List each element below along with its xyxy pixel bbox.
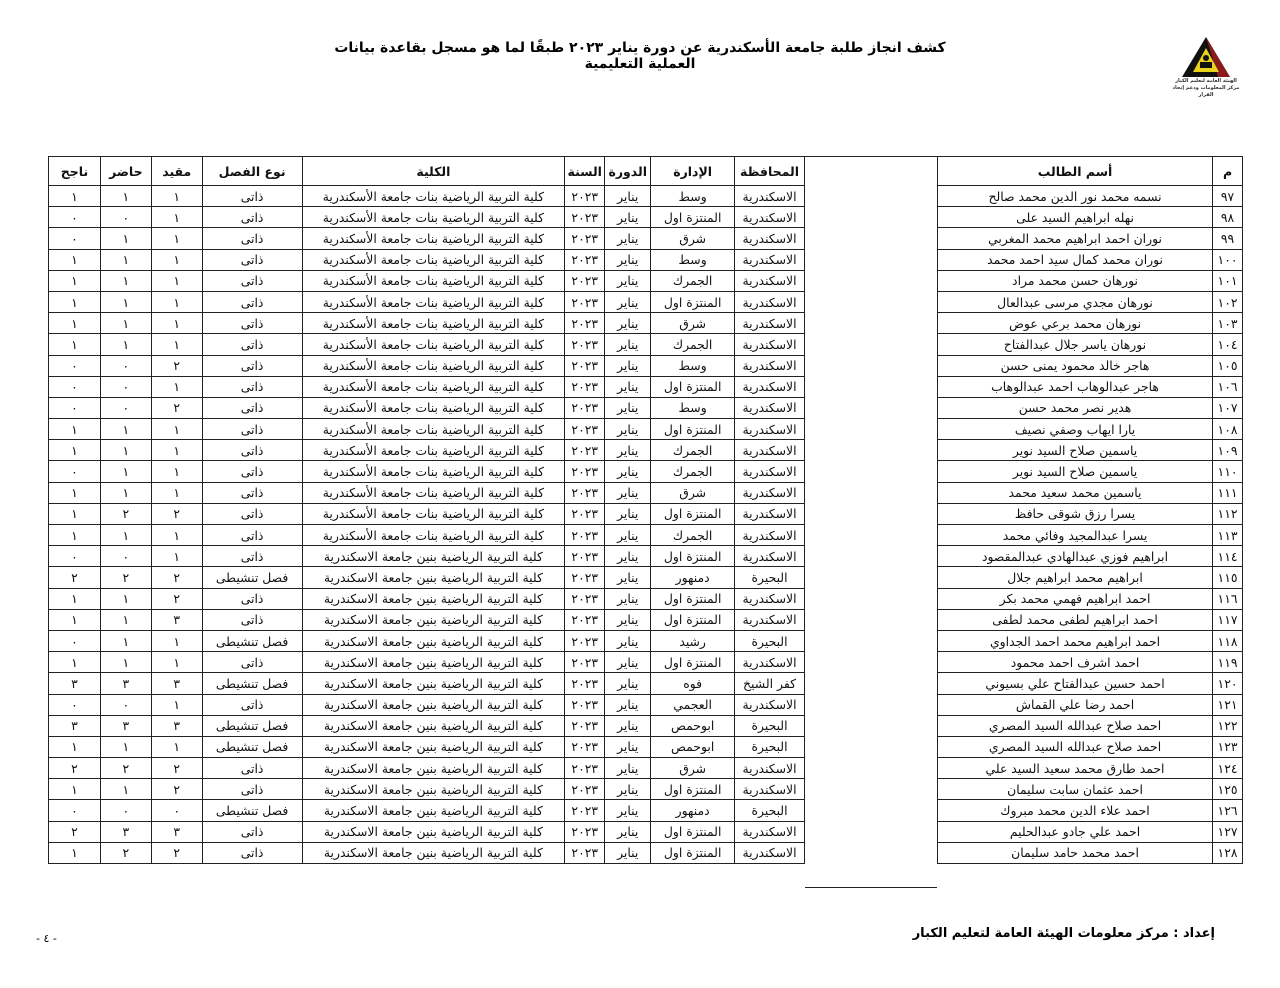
administration: المنتزة اول <box>651 652 735 673</box>
table-row: ١١١ياسمين محمد سعيد محمد <box>938 482 1243 503</box>
year: ٢٠٢٣ <box>565 842 605 863</box>
table-row: ٩٩نوران احمد ابراهيم محمد المغربي <box>938 228 1243 249</box>
attended-count: ٠ <box>100 355 151 376</box>
registered-count: ٣ <box>151 821 202 842</box>
governorate: الاسكندرية <box>735 355 805 376</box>
year: ٢٠٢٣ <box>565 736 605 757</box>
governorate: الاسكندرية <box>735 503 805 524</box>
table-row: الاسكندريةالمنتزة اوليناير٢٠٢٣كلية الترب… <box>49 419 805 440</box>
names-header-row: م أسم الطالب <box>938 157 1243 186</box>
student-name: يسرا رزق شوقى حافظ <box>938 503 1213 524</box>
round: يناير <box>605 440 651 461</box>
passed-count: ٠ <box>49 630 101 651</box>
faculty: كلية التربية الرياضية بنات جامعة الأسكند… <box>302 313 565 334</box>
governorate: الاسكندرية <box>735 440 805 461</box>
administration: المنتزة اول <box>651 779 735 800</box>
table-row: ١٠٥هاجر خالد محمود يمنى حسن <box>938 355 1243 376</box>
administration: شرق <box>651 228 735 249</box>
year: ٢٠٢٣ <box>565 291 605 312</box>
attended-count: ٢ <box>100 758 151 779</box>
passed-count: ٣ <box>49 715 101 736</box>
administration: المنتزة اول <box>651 546 735 567</box>
table-row: ١١٨احمد ابراهيم محمد احمد الجداوي <box>938 630 1243 651</box>
row-number: ١١٩ <box>1213 652 1243 673</box>
table-row: ١٠٠نوران محمد كمال سيد احمد محمد <box>938 249 1243 270</box>
table-row: الاسكندريةالمنتزة اوليناير٢٠٢٣كلية الترب… <box>49 609 805 630</box>
table-row: البحيرةدمنهوريناير٢٠٢٣كلية التربية الريا… <box>49 567 805 588</box>
administration: المنتزة اول <box>651 419 735 440</box>
administration: المنتزة اول <box>651 842 735 863</box>
governorate: الاسكندرية <box>735 207 805 228</box>
governorate: الاسكندرية <box>735 291 805 312</box>
faculty: كلية التربية الرياضية بنات جامعة الأسكند… <box>302 397 565 418</box>
attended-count: ٢ <box>100 567 151 588</box>
table-row: ١١٢يسرا رزق شوقى حافظ <box>938 503 1243 524</box>
round: يناير <box>605 186 651 207</box>
student-name: ابراهيم فوزي عبدالهادي عبدالمقصود <box>938 546 1213 567</box>
attended-count: ٢ <box>100 503 151 524</box>
table-row: ١٠٦هاجر عبدالوهاب احمد عبدالوهاب <box>938 376 1243 397</box>
administration: الجمرك <box>651 334 735 355</box>
registered-count: ١ <box>151 525 202 546</box>
table-row: الاسكندريةوسطيناير٢٠٢٣كلية التربية الريا… <box>49 249 805 270</box>
row-number: ١٢٠ <box>1213 673 1243 694</box>
class-type: ذاتى <box>202 652 302 673</box>
table-row: ١٠٤نورهان ياسر جلال عبدالفتاح <box>938 334 1243 355</box>
registered-count: ٢ <box>151 567 202 588</box>
registered-count: ٢ <box>151 758 202 779</box>
passed-count: ٠ <box>49 546 101 567</box>
round: يناير <box>605 736 651 757</box>
faculty: كلية التربية الرياضية بنات جامعة الأسكند… <box>302 503 565 524</box>
table-row: الاسكندريةالمنتزة اوليناير٢٠٢٣كلية الترب… <box>49 207 805 228</box>
faculty: كلية التربية الرياضية بنين جامعة الاسكند… <box>302 758 565 779</box>
header-num: م <box>1213 157 1243 186</box>
table-row: ١٢٣احمد صلاح عبدالله السيد المصري <box>938 736 1243 757</box>
class-type: فصل تنشيطى <box>202 673 302 694</box>
governorate: كفر الشيخ <box>735 673 805 694</box>
passed-count: ١ <box>49 779 101 800</box>
table-row: ١٢١احمد رضا علي القماش <box>938 694 1243 715</box>
year: ٢٠٢٣ <box>565 609 605 630</box>
registered-count: ١ <box>151 334 202 355</box>
row-number: ١٢٦ <box>1213 800 1243 821</box>
administration: وسط <box>651 186 735 207</box>
registered-count: ٢ <box>151 503 202 524</box>
administration: رشيد <box>651 630 735 651</box>
row-number: ١٢٥ <box>1213 779 1243 800</box>
year: ٢٠٢٣ <box>565 800 605 821</box>
administration: شرق <box>651 758 735 779</box>
governorate: الاسكندرية <box>735 694 805 715</box>
governorate: الاسكندرية <box>735 270 805 291</box>
header-student-name: أسم الطالب <box>938 157 1213 186</box>
passed-count: ١ <box>49 588 101 609</box>
passed-count: ١ <box>49 291 101 312</box>
year: ٢٠٢٣ <box>565 249 605 270</box>
class-type: ذاتى <box>202 313 302 334</box>
registered-count: ١ <box>151 482 202 503</box>
row-number: ١٠٠ <box>1213 249 1243 270</box>
student-name: احمد علاء الدين محمد مبروك <box>938 800 1213 821</box>
passed-count: ١ <box>49 609 101 630</box>
passed-count: ٢ <box>49 567 101 588</box>
table-row: ١٢٧احمد علي جادو عبدالحليم <box>938 821 1243 842</box>
table-row: الاسكندريةالجمركيناير٢٠٢٣كلية التربية ال… <box>49 270 805 291</box>
header-year: السنة <box>565 157 605 186</box>
round: يناير <box>605 546 651 567</box>
administration: الجمرك <box>651 440 735 461</box>
table-row: الاسكندريةالمنتزة اوليناير٢٠٢٣كلية الترب… <box>49 842 805 863</box>
table-row: الاسكندريةوسطيناير٢٠٢٣كلية التربية الريا… <box>49 186 805 207</box>
attended-count: ١ <box>100 186 151 207</box>
governorate: الاسكندرية <box>735 546 805 567</box>
governorate: الاسكندرية <box>735 313 805 334</box>
attended-count: ٠ <box>100 207 151 228</box>
class-type: ذاتى <box>202 779 302 800</box>
attended-count: ١ <box>100 249 151 270</box>
attended-count: ١ <box>100 270 151 291</box>
registered-count: ١ <box>151 228 202 249</box>
round: يناير <box>605 207 651 228</box>
class-type: ذاتى <box>202 440 302 461</box>
student-name: ياسمين محمد سعيد محمد <box>938 482 1213 503</box>
attended-count: ٣ <box>100 715 151 736</box>
round: يناير <box>605 461 651 482</box>
passed-count: ٠ <box>49 461 101 482</box>
faculty: كلية التربية الرياضية بنات جامعة الأسكند… <box>302 376 565 397</box>
round: يناير <box>605 397 651 418</box>
class-type: فصل تنشيطى <box>202 736 302 757</box>
faculty: كلية التربية الرياضية بنات جامعة الأسكند… <box>302 291 565 312</box>
faculty: كلية التربية الرياضية بنين جامعة الاسكند… <box>302 546 565 567</box>
round: يناير <box>605 270 651 291</box>
round: يناير <box>605 758 651 779</box>
year: ٢٠٢٣ <box>565 588 605 609</box>
year: ٢٠٢٣ <box>565 228 605 249</box>
row-number: ١١٧ <box>1213 609 1243 630</box>
administration: ابوحمص <box>651 715 735 736</box>
student-name: نورهان ياسر جلال عبدالفتاح <box>938 334 1213 355</box>
attended-count: ٣ <box>100 821 151 842</box>
registered-count: ٢ <box>151 355 202 376</box>
student-name: احمد ابراهيم لطفى محمد لطفى <box>938 609 1213 630</box>
student-name: احمد صلاح عبدالله السيد المصري <box>938 715 1213 736</box>
table-row: ١١٣يسرا عبدالمجيد وفائي محمد <box>938 525 1243 546</box>
passed-count: ١ <box>49 503 101 524</box>
class-type: ذاتى <box>202 207 302 228</box>
class-type: ذاتى <box>202 355 302 376</box>
faculty: كلية التربية الرياضية بنين جامعة الاسكند… <box>302 694 565 715</box>
governorate: الاسكندرية <box>735 609 805 630</box>
header-round: الدورة <box>605 157 651 186</box>
student-name: هدير نصر محمد حسن <box>938 397 1213 418</box>
registered-count: ٣ <box>151 673 202 694</box>
table-row: ١٠٧هدير نصر محمد حسن <box>938 397 1243 418</box>
administration: شرق <box>651 313 735 334</box>
round: يناير <box>605 249 651 270</box>
table-row: الاسكندريةالجمركيناير٢٠٢٣كلية التربية ال… <box>49 461 805 482</box>
class-type: فصل تنشيطى <box>202 567 302 588</box>
attended-count: ١ <box>100 291 151 312</box>
class-type: ذاتى <box>202 291 302 312</box>
row-number: ٩٨ <box>1213 207 1243 228</box>
governorate: الاسكندرية <box>735 461 805 482</box>
round: يناير <box>605 482 651 503</box>
year: ٢٠٢٣ <box>565 270 605 291</box>
student-name: نوران محمد كمال سيد احمد محمد <box>938 249 1213 270</box>
administration: المنتزة اول <box>651 376 735 397</box>
class-type: فصل تنشيطى <box>202 715 302 736</box>
attended-count: ١ <box>100 736 151 757</box>
faculty: كلية التربية الرياضية بنين جامعة الاسكند… <box>302 821 565 842</box>
governorate: الاسكندرية <box>735 376 805 397</box>
class-type: ذاتى <box>202 588 302 609</box>
administration: وسط <box>651 249 735 270</box>
administration: الجمرك <box>651 461 735 482</box>
table-row: الاسكندريةوسطيناير٢٠٢٣كلية التربية الريا… <box>49 355 805 376</box>
row-number: ١٠٣ <box>1213 313 1243 334</box>
faculty: كلية التربية الرياضية بنين جامعة الاسكند… <box>302 736 565 757</box>
table-row: الاسكندريةشرقيناير٢٠٢٣كلية التربية الريا… <box>49 228 805 249</box>
governorate: البحيرة <box>735 736 805 757</box>
class-type: ذاتى <box>202 525 302 546</box>
governorate: الاسكندرية <box>735 419 805 440</box>
faculty: كلية التربية الرياضية بنات جامعة الأسكند… <box>302 249 565 270</box>
administration: المنتزة اول <box>651 291 735 312</box>
passed-count: ٠ <box>49 376 101 397</box>
student-name: احمد ابراهيم فهمي محمد بكر <box>938 588 1213 609</box>
governorate: الاسكندرية <box>735 821 805 842</box>
round: يناير <box>605 630 651 651</box>
prepared-by-footer: إعداد : مركز معلومات الهيئة العامة لتعلي… <box>905 926 1215 941</box>
row-number: ١٢٧ <box>1213 821 1243 842</box>
round: يناير <box>605 652 651 673</box>
passed-count: ٣ <box>49 673 101 694</box>
registered-count: ١ <box>151 270 202 291</box>
table-row: الاسكندريةوسطيناير٢٠٢٣كلية التربية الريا… <box>49 397 805 418</box>
table-row: الاسكندريةالعجمييناير٢٠٢٣كلية التربية ال… <box>49 694 805 715</box>
organization-logo: الهيئة العامة لتعليم الكبار مركز المعلوم… <box>1166 36 1246 96</box>
row-number: ١٠٨ <box>1213 419 1243 440</box>
attended-count: ١ <box>100 461 151 482</box>
table-row: ١١٥ابراهيم محمد ابراهيم جلال <box>938 567 1243 588</box>
administration: الجمرك <box>651 270 735 291</box>
header-class-type: نوع الفصل <box>202 157 302 186</box>
row-number: ١٠٤ <box>1213 334 1243 355</box>
student-name: نوران احمد ابراهيم محمد المغربي <box>938 228 1213 249</box>
round: يناير <box>605 821 651 842</box>
attended-count: ١ <box>100 609 151 630</box>
class-type: ذاتى <box>202 694 302 715</box>
class-type: فصل تنشيطى <box>202 800 302 821</box>
attended-count: ١ <box>100 440 151 461</box>
registered-count: ١ <box>151 546 202 567</box>
attended-count: ١ <box>100 588 151 609</box>
table-row: الاسكندريةشرقيناير٢٠٢٣كلية التربية الريا… <box>49 482 805 503</box>
governorate: البحيرة <box>735 800 805 821</box>
logo-caption-line2: مركز المعلومات ودعم إتخاذ القرار <box>1166 85 1246 99</box>
year: ٢٠٢٣ <box>565 630 605 651</box>
table-row: الاسكندريةالمنتزة اوليناير٢٠٢٣كلية الترب… <box>49 588 805 609</box>
registered-count: ٢ <box>151 397 202 418</box>
attended-count: ١ <box>100 652 151 673</box>
registered-count: ٠ <box>151 800 202 821</box>
governorate: الاسكندرية <box>735 779 805 800</box>
year: ٢٠٢٣ <box>565 652 605 673</box>
logo-caption-line1: الهيئة العامة لتعليم الكبار <box>1166 78 1246 85</box>
table-row: ٩٨نهله ابراهيم السيد على <box>938 207 1243 228</box>
governorate: الاسكندرية <box>735 588 805 609</box>
governorate: الاسكندرية <box>735 397 805 418</box>
faculty: كلية التربية الرياضية بنات جامعة الأسكند… <box>302 270 565 291</box>
class-type: ذاتى <box>202 270 302 291</box>
table-row: الاسكندريةالمنتزة اوليناير٢٠٢٣كلية الترب… <box>49 291 805 312</box>
passed-count: ١ <box>49 525 101 546</box>
table-row: ١٢٠احمد حسين عبدالفتاح علي بسيوني <box>938 673 1243 694</box>
student-name: هاجر عبدالوهاب احمد عبدالوهاب <box>938 376 1213 397</box>
blank-spacer-column <box>805 156 937 888</box>
year: ٢٠٢٣ <box>565 397 605 418</box>
table-row: ١٠١نورهان حسن محمد مراد <box>938 270 1243 291</box>
class-type: ذاتى <box>202 482 302 503</box>
student-name: نورهان مجدي مرسى عبدالعال <box>938 291 1213 312</box>
administration: دمنهور <box>651 567 735 588</box>
table-row: كفر الشيخفوهيناير٢٠٢٣كلية التربية الرياض… <box>49 673 805 694</box>
student-name: احمد علي جادو عبدالحليم <box>938 821 1213 842</box>
year: ٢٠٢٣ <box>565 440 605 461</box>
table-row: الاسكندريةشرقيناير٢٠٢٣كلية التربية الريا… <box>49 313 805 334</box>
student-name: نسمه محمد نور الدين محمد صالح <box>938 186 1213 207</box>
registered-count: ١ <box>151 376 202 397</box>
round: يناير <box>605 503 651 524</box>
details-header-row: المحافظة الإدارة الدورة السنة الكلية نوع… <box>49 157 805 186</box>
administration: وسط <box>651 355 735 376</box>
year: ٢٠٢٣ <box>565 186 605 207</box>
passed-count: ١ <box>49 482 101 503</box>
registered-count: ١ <box>151 736 202 757</box>
table-row: الاسكندريةالمنتزة اوليناير٢٠٢٣كلية الترب… <box>49 821 805 842</box>
passed-count: ٠ <box>49 800 101 821</box>
administration: فوه <box>651 673 735 694</box>
registered-count: ١ <box>151 419 202 440</box>
passed-count: ١ <box>49 313 101 334</box>
row-number: ١٢٤ <box>1213 758 1243 779</box>
faculty: كلية التربية الرياضية بنين جامعة الاسكند… <box>302 588 565 609</box>
faculty: كلية التربية الرياضية بنين جامعة الاسكند… <box>302 630 565 651</box>
attended-count: ٠ <box>100 546 151 567</box>
attended-count: ١ <box>100 630 151 651</box>
year: ٢٠٢٣ <box>565 355 605 376</box>
faculty: كلية التربية الرياضية بنين جامعة الاسكند… <box>302 842 565 863</box>
registered-count: ١ <box>151 630 202 651</box>
student-name: هاجر خالد محمود يمنى حسن <box>938 355 1213 376</box>
header-faculty: الكلية <box>302 157 565 186</box>
row-number: ١١٨ <box>1213 630 1243 651</box>
table-row: البحيرةرشيديناير٢٠٢٣كلية التربية الرياضي… <box>49 630 805 651</box>
student-name: يارا ايهاب وصفي نصيف <box>938 419 1213 440</box>
faculty: كلية التربية الرياضية بنين جامعة الاسكند… <box>302 673 565 694</box>
table-row: الاسكندريةالمنتزة اوليناير٢٠٢٣كلية الترب… <box>49 546 805 567</box>
round: يناير <box>605 588 651 609</box>
row-number: ١٠٩ <box>1213 440 1243 461</box>
header-passed: ناجح <box>49 157 101 186</box>
table-row: ١٠٨يارا ايهاب وصفي نصيف <box>938 419 1243 440</box>
registered-count: ١ <box>151 694 202 715</box>
faculty: كلية التربية الرياضية بنين جامعة الاسكند… <box>302 800 565 821</box>
year: ٢٠٢٣ <box>565 207 605 228</box>
header-attended: حاضر <box>100 157 151 186</box>
round: يناير <box>605 228 651 249</box>
row-number: ١٢١ <box>1213 694 1243 715</box>
row-number: ١٢٢ <box>1213 715 1243 736</box>
row-number: ١٠٢ <box>1213 291 1243 312</box>
class-type: ذاتى <box>202 821 302 842</box>
student-results-table: المحافظة الإدارة الدورة السنة الكلية نوع… <box>48 156 805 864</box>
faculty: كلية التربية الرياضية بنين جامعة الاسكند… <box>302 779 565 800</box>
table-row: الاسكندريةالمنتزة اوليناير٢٠٢٣كلية الترب… <box>49 779 805 800</box>
attended-count: ١ <box>100 525 151 546</box>
passed-count: ١ <box>49 186 101 207</box>
row-number: ١١٤ <box>1213 546 1243 567</box>
row-number: ١١٣ <box>1213 525 1243 546</box>
registered-count: ١ <box>151 652 202 673</box>
header-registered: مقيد <box>151 157 202 186</box>
governorate: الاسكندرية <box>735 228 805 249</box>
year: ٢٠٢٣ <box>565 546 605 567</box>
table-row: ١١٤ابراهيم فوزي عبدالهادي عبدالمقصود <box>938 546 1243 567</box>
table-row: الاسكندريةالجمركيناير٢٠٢٣كلية التربية ال… <box>49 334 805 355</box>
administration: الجمرك <box>651 525 735 546</box>
year: ٢٠٢٣ <box>565 758 605 779</box>
round: يناير <box>605 673 651 694</box>
passed-count: ١ <box>49 419 101 440</box>
round: يناير <box>605 800 651 821</box>
governorate: الاسكندرية <box>735 334 805 355</box>
registered-count: ٣ <box>151 609 202 630</box>
class-type: ذاتى <box>202 186 302 207</box>
student-name: احمد طارق محمد سعيد السيد علي <box>938 758 1213 779</box>
passed-count: ١ <box>49 270 101 291</box>
administration: العجمي <box>651 694 735 715</box>
round: يناير <box>605 715 651 736</box>
governorate: الاسكندرية <box>735 482 805 503</box>
registered-count: ٢ <box>151 588 202 609</box>
row-number: ١٠٧ <box>1213 397 1243 418</box>
registered-count: ١ <box>151 313 202 334</box>
faculty: كلية التربية الرياضية بنين جامعة الاسكند… <box>302 567 565 588</box>
registered-count: ٢ <box>151 842 202 863</box>
governorate: الاسكندرية <box>735 249 805 270</box>
class-type: ذاتى <box>202 376 302 397</box>
faculty: كلية التربية الرياضية بنات جامعة الأسكند… <box>302 482 565 503</box>
passed-count: ٠ <box>49 397 101 418</box>
attended-count: ١ <box>100 779 151 800</box>
authority-triangle-logo-icon <box>1181 36 1231 78</box>
registered-count: ١ <box>151 461 202 482</box>
table-row: البحيرةابوحمصيناير٢٠٢٣كلية التربية الريا… <box>49 715 805 736</box>
passed-count: ١ <box>49 249 101 270</box>
table-row: الاسكندريةالمنتزة اوليناير٢٠٢٣كلية الترب… <box>49 503 805 524</box>
passed-count: ٠ <box>49 207 101 228</box>
table-row: ١١٩احمد اشرف احمد محمود <box>938 652 1243 673</box>
administration: المنتزة اول <box>651 503 735 524</box>
class-type: ذاتى <box>202 503 302 524</box>
round: يناير <box>605 419 651 440</box>
student-name: احمد ابراهيم محمد احمد الجداوي <box>938 630 1213 651</box>
governorate: البحيرة <box>735 630 805 651</box>
round: يناير <box>605 525 651 546</box>
